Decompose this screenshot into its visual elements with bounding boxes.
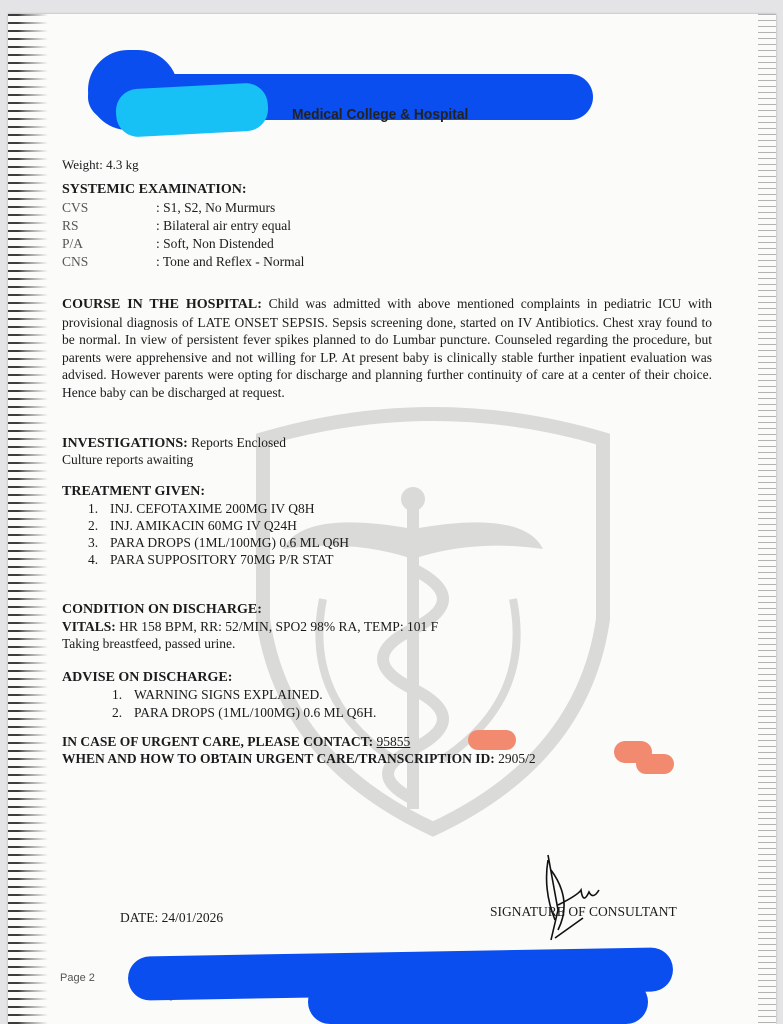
condition-title: CONDITION ON DISCHARGE: — [62, 602, 262, 618]
advise-item: 2.PARA DROPS (1ML/100MG) 0.6 ML Q6H. — [112, 705, 376, 721]
discharge-date: DATE: 24/01/2026 — [120, 910, 223, 926]
transcription-value: 2905/2 — [498, 751, 536, 766]
transcription-id: WHEN AND HOW TO OBTAIN URGENT CARE/TRANS… — [62, 751, 536, 767]
exam-value: : Soft, Non Distended — [156, 236, 274, 252]
item-number: 3. — [88, 535, 110, 551]
investigations-value: Reports Enclosed — [191, 435, 286, 450]
condition-note: Taking breastfeed, passed urine. — [62, 636, 235, 652]
signature-label: SIGNATURE OF CONSULTANT — [490, 904, 677, 920]
investigations: INVESTIGATIONS: Reports Enclosed — [62, 435, 286, 452]
course-in-hospital: COURSE IN THE HOSPITAL: Child was admitt… — [62, 295, 712, 402]
systemic-exam-title: SYSTEMIC EXAMINATION: — [62, 182, 246, 198]
advise-title: ADVISE ON DISCHARGE: — [62, 670, 232, 686]
redaction-transcription-2 — [636, 754, 674, 774]
exam-value: : S1, S2, No Murmurs — [156, 200, 275, 216]
urgent-contact-label: IN CASE OF URGENT CARE, PLEASE CONTACT: — [62, 734, 373, 749]
vitals: VITALS: HR 158 BPM, RR: 52/MIN, SPO2 98%… — [62, 619, 438, 635]
exam-label: RS — [62, 218, 142, 234]
advise-item: 1.WARNING SIGNS EXPLAINED. — [112, 687, 323, 703]
item-text: WARNING SIGNS EXPLAINED. — [134, 687, 323, 702]
exam-label: CVS — [62, 200, 142, 216]
item-text: INJ. AMIKACIN 60MG IV Q24H — [110, 518, 297, 533]
treatment-item: 2.INJ. AMIKACIN 60MG IV Q24H — [88, 518, 297, 534]
item-number: 2. — [88, 518, 110, 534]
investigations-title: INVESTIGATIONS: — [62, 436, 188, 451]
redaction-header-sub — [115, 82, 269, 138]
item-text: PARA DROPS (1ML/100MG) 0.6 ML Q6H. — [134, 705, 376, 720]
urgent-contact-value: 95855 — [377, 734, 411, 749]
item-text: PARA DROPS (1ML/100MG) 0.6 ML Q6H — [110, 535, 349, 550]
item-number: 1. — [88, 501, 110, 517]
scan-border-left — [8, 14, 48, 1024]
item-number: 1. — [112, 687, 134, 703]
urgent-contact: IN CASE OF URGENT CARE, PLEASE CONTACT: … — [62, 734, 410, 750]
item-number: 4. — [88, 552, 110, 568]
item-text: PARA SUPPOSITORY 70MG P/R STAT — [110, 552, 334, 567]
exam-label: P/A — [62, 236, 142, 252]
discharge-summary-page: C Medical College & Hospital Weight: 4.3… — [8, 14, 776, 1024]
item-number: 2. — [112, 705, 134, 721]
investigations-note: Culture reports awaiting — [62, 452, 193, 468]
weight: Weight: 4.3 kg — [62, 157, 139, 173]
treatment-title: TREATMENT GIVEN: — [62, 484, 205, 500]
vitals-value: HR 158 BPM, RR: 52/MIN, SPO2 98% RA, TEM… — [119, 619, 438, 634]
vitals-label: VITALS: — [62, 619, 116, 634]
hospital-name: Medical College & Hospital — [292, 106, 468, 123]
exam-value: : Tone and Reflex - Normal — [156, 254, 304, 270]
redaction-contact — [468, 730, 516, 750]
item-text: INJ. CEFOTAXIME 200MG IV Q8H — [110, 501, 315, 516]
transcription-label: WHEN AND HOW TO OBTAIN URGENT CARE/TRANS… — [62, 751, 495, 766]
course-title: COURSE IN THE HOSPITAL: — [62, 297, 262, 312]
treatment-item: 3.PARA DROPS (1ML/100MG) 0.6 ML Q6H — [88, 535, 349, 551]
treatment-item: 4.PARA SUPPOSITORY 70MG P/R STAT — [88, 552, 334, 568]
redaction-footer-lower — [308, 980, 648, 1024]
signature-scribble-icon — [533, 850, 603, 946]
page-number: Page 2 — [60, 972, 95, 984]
exam-value: : Bilateral air entry equal — [156, 218, 291, 234]
exam-label: CNS — [62, 254, 142, 270]
treatment-item: 1.INJ. CEFOTAXIME 200MG IV Q8H — [88, 501, 315, 517]
scan-border-right — [758, 14, 776, 1024]
